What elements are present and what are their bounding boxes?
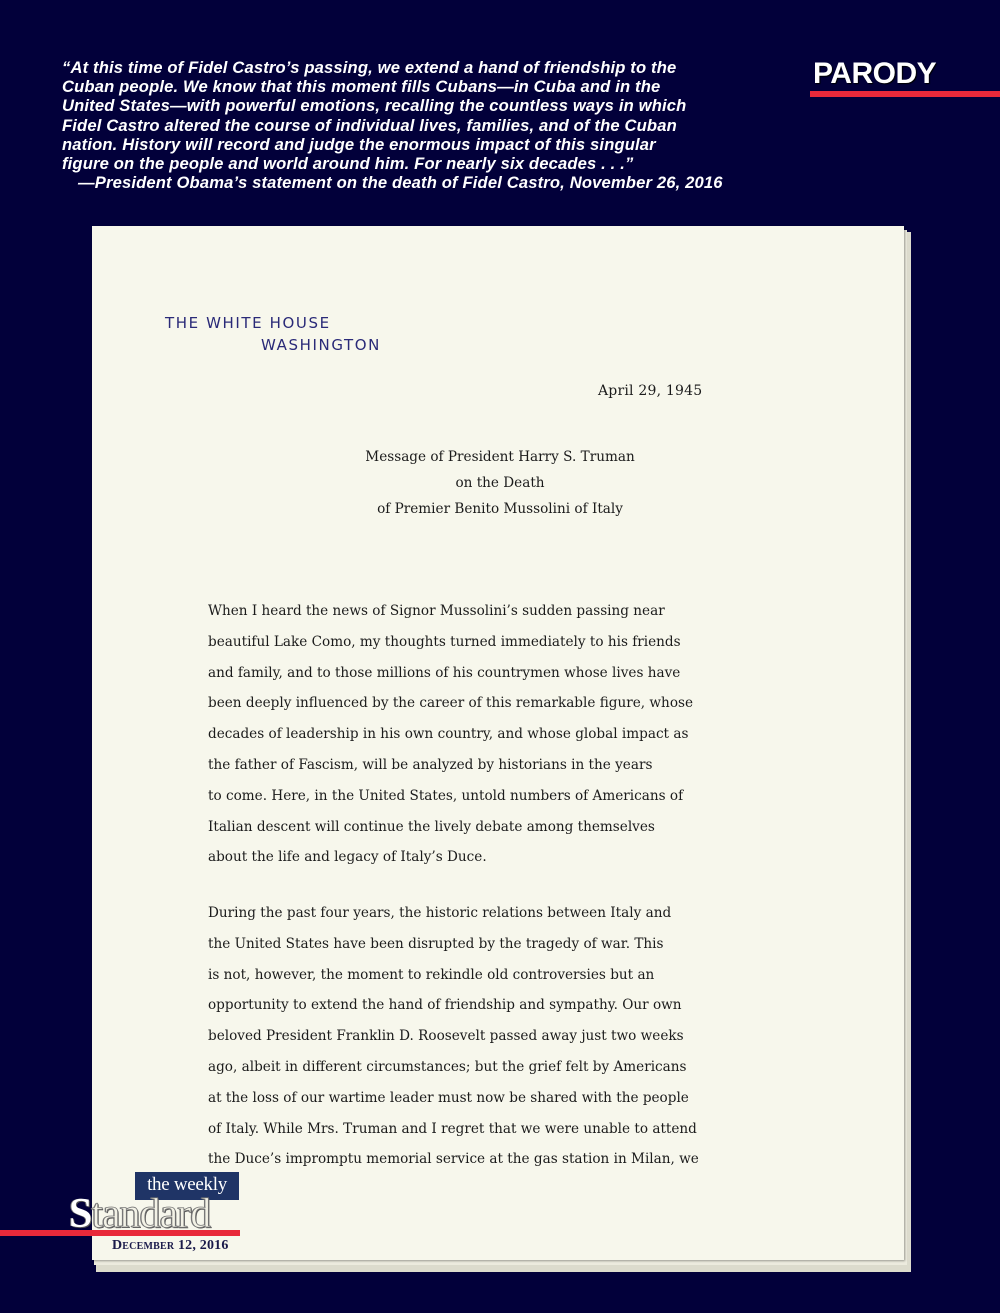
paragraph-line: ago, albeit in different circumstances; … [208,1052,808,1083]
paragraph-line: Italian descent will continue the lively… [208,812,808,843]
paragraph-line: During the past four years, the historic… [208,898,808,929]
paragraph-line: the Duce’s impromptu memorial service at… [208,1144,808,1175]
quote-attribution: —President Obama’s statement on the deat… [62,173,822,192]
paragraph-line: the United States have been disrupted by… [208,929,808,960]
paragraph-line: When I heard the news of Signor Mussolin… [208,596,808,627]
letter-date: April 29, 1945 [598,383,702,399]
letterhead-line-2: WASHINGTON [165,334,381,356]
paragraph-line: beautiful Lake Como, my thoughts turned … [208,627,808,658]
paragraph-line: decades of leadership in his own country… [208,719,808,750]
paragraph-line: been deeply influenced by the career of … [208,688,808,719]
masthead-red-bar [0,1230,240,1236]
quote-line: Cuban people. We know that this moment f… [62,77,822,96]
paragraph-line: the father of Fascism, will be analyzed … [208,750,808,781]
parody-badge: PARODY [810,58,1000,97]
quote-line: United States—with powerful emotions, re… [62,96,822,115]
paragraph-line: at the loss of our wartime leader must n… [208,1083,808,1114]
letter-title: Message of President Harry S. Truman on … [300,444,700,522]
title-line: on the Death [300,470,700,496]
issue-date: December 12, 2016 [112,1238,229,1254]
letterhead-line-1: THE WHITE HOUSE [165,312,381,334]
weekly-standard-masthead: the weekly Standard December 12, 2016 [0,1172,245,1262]
paragraph-line: about the life and legacy of Italy’s Duc… [208,842,808,873]
title-line: of Premier Benito Mussolini of Italy [300,496,700,522]
letterhead: THE WHITE HOUSE WASHINGTON [165,312,381,356]
letter-paragraph-2: During the past four years, the historic… [208,898,808,1175]
parody-underline [810,91,1000,97]
quote-line: nation. History will record and judge th… [62,135,822,154]
parody-label: PARODY [810,58,1000,90]
paragraph-line: of Italy. While Mrs. Truman and I regret… [208,1114,808,1145]
header-quote: “At this time of Fidel Castro’s passing,… [62,58,822,192]
paragraph-line: beloved President Franklin D. Roosevelt … [208,1021,808,1052]
quote-line: “At this time of Fidel Castro’s passing,… [62,58,822,77]
paragraph-line: to come. Here, in the United States, unt… [208,781,808,812]
quote-line: figure on the people and world around hi… [62,154,822,173]
letter-paragraph-1: When I heard the news of Signor Mussolin… [208,596,808,873]
paragraph-line: and family, and to those millions of his… [208,658,808,689]
quote-line: Fidel Castro altered the course of indiv… [62,116,822,135]
title-line: Message of President Harry S. Truman [300,444,700,470]
paragraph-line: opportunity to extend the hand of friend… [208,990,808,1021]
paragraph-line: is not, however, the moment to rekindle … [208,960,808,991]
